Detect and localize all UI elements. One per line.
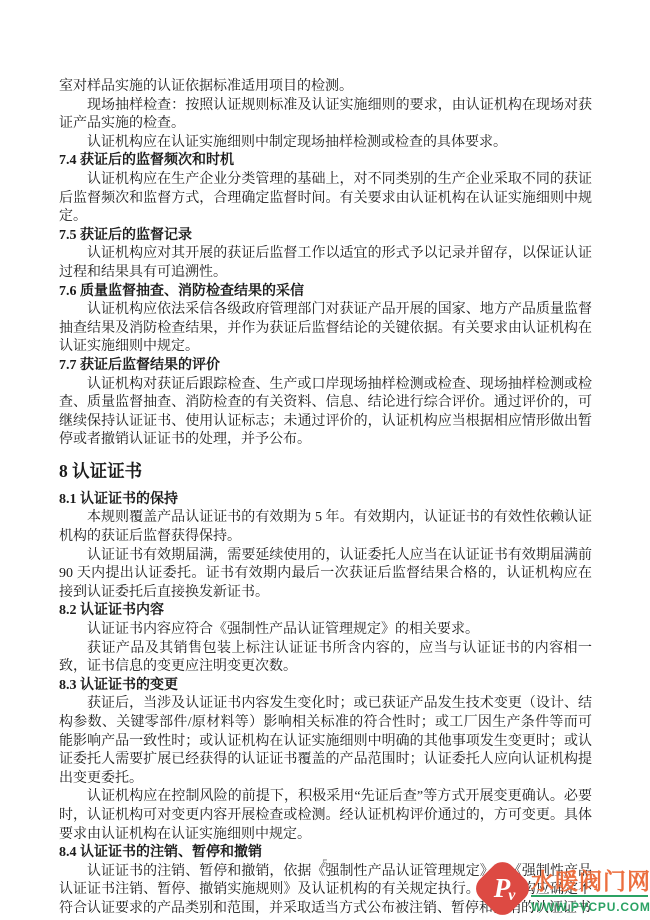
section-heading: 8.2 认证证书内容 [59,602,592,621]
pv-monogram: Pv [480,866,525,911]
section-heading: 8.1 认证证书的保持 [59,491,592,510]
section-heading: 7.7 获证后监督结果的评价 [59,357,592,376]
pv-monogram-v: v [508,888,512,904]
section-heading: 7.6 质量监督抽查、消防检查结果的采信 [59,283,592,302]
paragraph: 认证机构应在控制风险的前提下，积极采用“先证后查”等方式开展变更确认。必要时，认… [59,788,592,844]
pv-monogram-p: P [494,875,508,902]
document-page: { "document": { "blocks": [ {"type": "bo… [0,0,650,920]
section-heading: 7.5 获证后的监督记录 [59,227,592,246]
paragraph: 获证后，当涉及认证证书内容发生变化时；或已获证产品发生技术变更（设计、结构参数、… [59,695,592,788]
section-heading: 8 认证证书 [59,460,592,482]
paragraph: 认证机构应依法采信各级政府管理部门对获证产品开展的国家、地方产品质量监督抽查结果… [59,301,592,357]
paragraph: 认证机构应对其开展的获证后监督工作以适宜的形式予以记录并留存，以保证认证过程和结… [59,245,592,282]
watermark-site-url: WWW.PVCPU.COM [531,900,650,914]
paragraph: 认证证书内容应符合《强制性产品认证管理规定》的相关要求。 [59,621,592,640]
paragraph: 现场抽样检查：按照认证规则标准及认证实施细则的要求，由认证机构在现场对获证产品实… [59,97,592,134]
paragraph: 室对样品实施的认证依据标准适用项目的检测。 [59,78,592,97]
watermark-divider [531,895,648,897]
paragraph: 认证机构应在认证实施细则中制定现场抽样检测或检查的具体要求。 [59,134,592,153]
document-body: 室对样品实施的认证依据标准适用项目的检测。现场抽样检查：按照认证规则标准及认证实… [59,78,592,919]
section-heading: 7.4 获证后的监督频次和时机 [59,152,592,171]
paragraph: 本规则覆盖产品认证证书的有效期为 5 年。有效期内，认证证书的有效性依赖认证机构… [59,509,592,546]
watermark-logo: Pv 水暖阀门网 WWW.PVCPU.COM [470,855,650,920]
paragraph: 获证产品及其销售包装上标注认证证书所含内容的，应当与认证证书的内容相一致，证书信… [59,640,592,677]
paragraph: 认证机构应在生产企业分类管理的基础上，对不同类别的生产企业采取不同的获证后监督频… [59,171,592,227]
watermark-site-name: 水暖阀门网 [531,863,650,896]
paragraph: 认证机构对获证后跟踪检查、生产或口岸现场抽样检测或检查、现场抽样检测或检查、质量… [59,376,592,450]
section-heading: 8.3 认证证书的变更 [59,677,592,696]
paragraph: 认证证书有效期届满，需要延续使用的，认证委托人应当在认证证书有效期届满前 90 … [59,547,592,603]
